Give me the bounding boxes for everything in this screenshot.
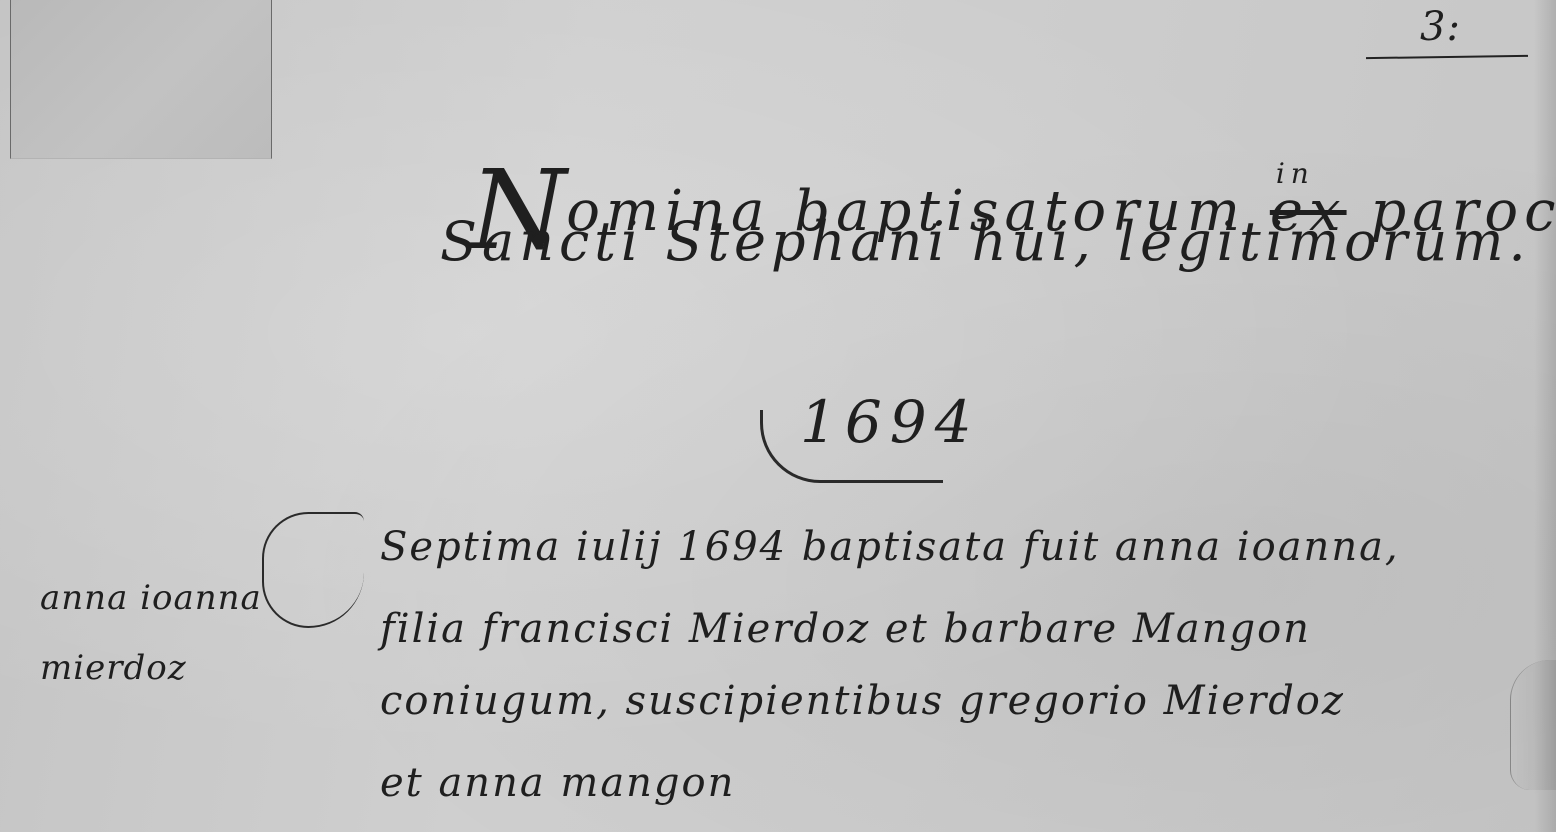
entry-initial-flourish — [262, 512, 364, 628]
folio-number: 3: — [1420, 4, 1461, 50]
page-edge-shadow — [1534, 0, 1556, 832]
entry-line-2: filia francisci Mierdoz et barbare Mango… — [380, 606, 1311, 652]
heading-inserted-word: in — [1276, 157, 1315, 190]
entry-line-4: et anna mangon — [380, 760, 735, 806]
folio-underline — [1366, 55, 1528, 59]
entry-line-1: Septima iulij 1694 baptisata fuit anna i… — [380, 524, 1400, 570]
heading-line-2: Sancti Stephani hui, legitimorum. — [440, 210, 1531, 273]
margin-note-surname: mierdoz — [40, 648, 187, 688]
year-heading: 1694 — [800, 388, 980, 456]
blank-stamp-area — [10, 0, 272, 159]
entry-line-3: coniugum, suscipientibus gregorio Mierdo… — [380, 678, 1345, 724]
document-page: 3: Nomina baptisatorum exin parochia San… — [0, 0, 1556, 832]
margin-note-name: anna ioanna — [40, 578, 262, 618]
